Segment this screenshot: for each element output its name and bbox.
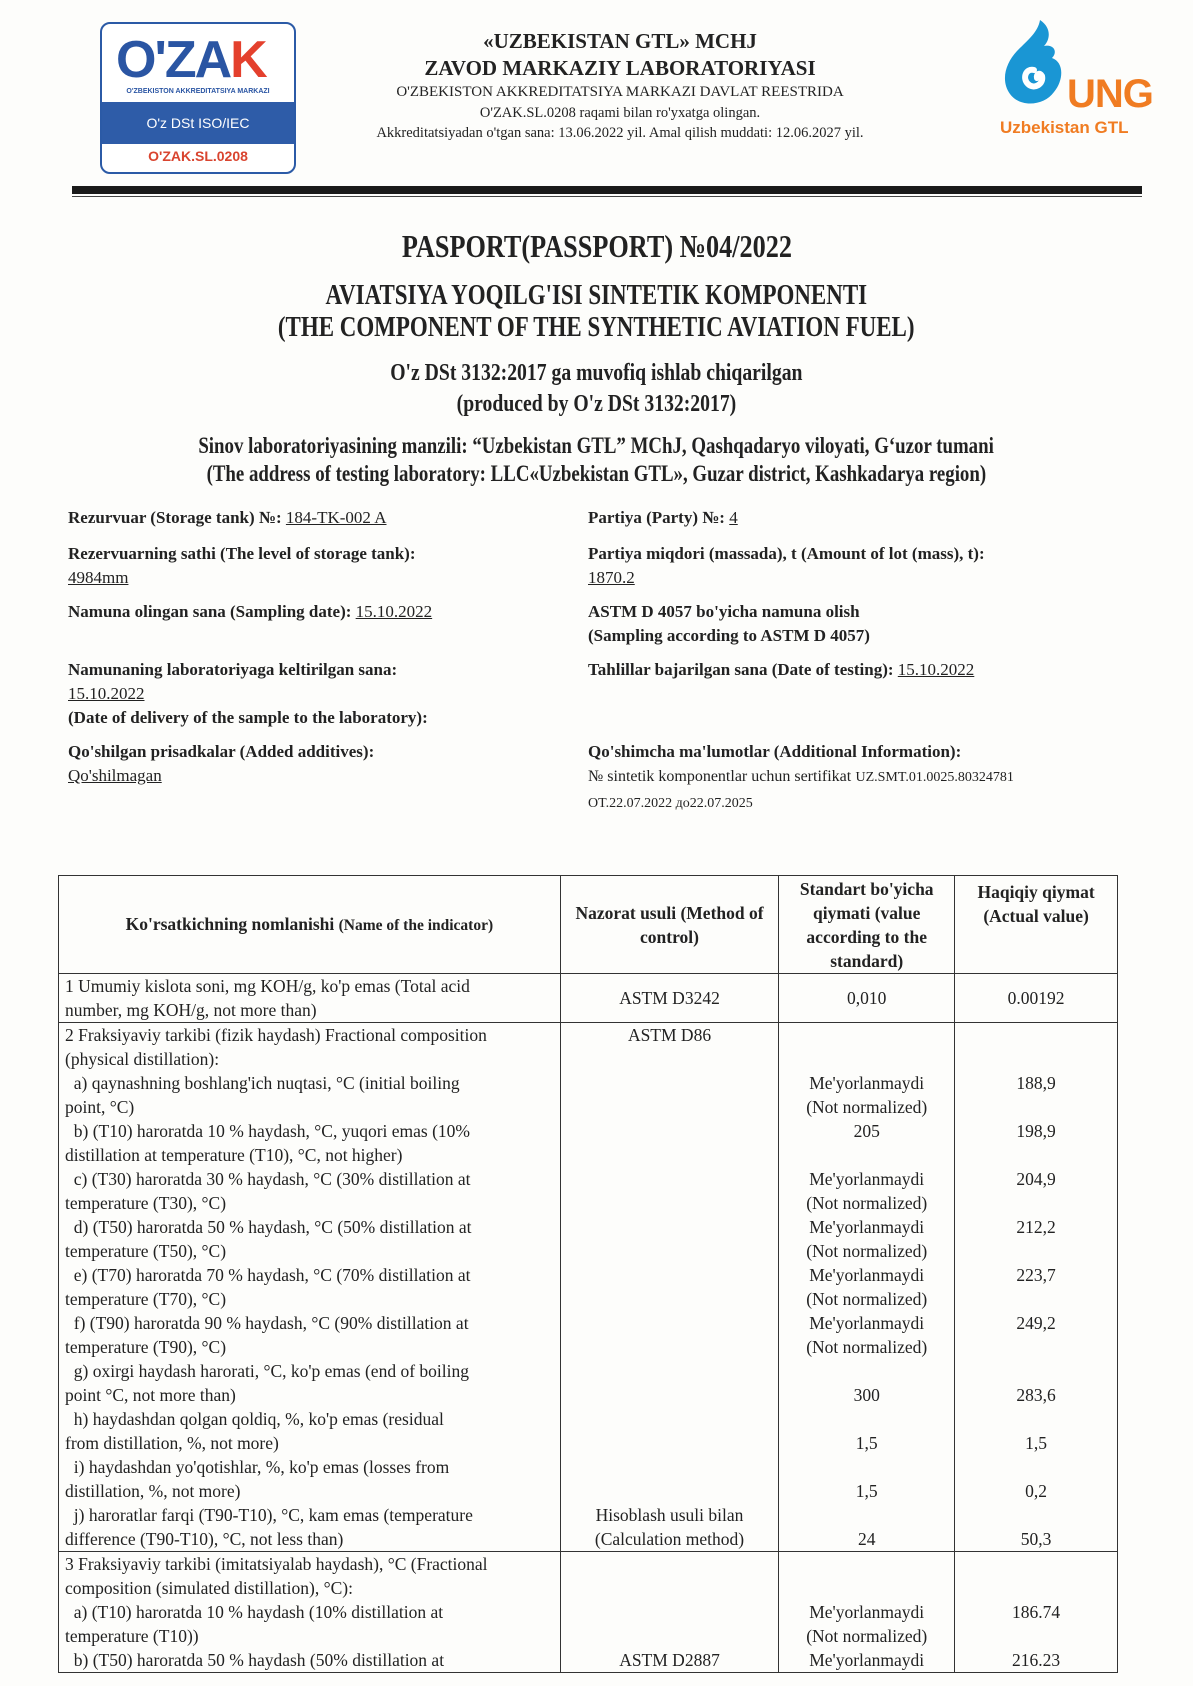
method-line (567, 1287, 772, 1311)
indicator-line: temperature (T10)) (65, 1624, 554, 1648)
actual-value-line: 204,9 (961, 1167, 1111, 1191)
header-standard-value: Standart bo'yicha qiymati (value accordi… (779, 876, 955, 974)
method-line (567, 1263, 772, 1287)
indicator-line: distillation, %, not more) (65, 1479, 554, 1503)
lab-address-en: (The address of testing laboratory: LLC«… (0, 461, 1193, 487)
indicator-line: temperature (T90), °C) (65, 1335, 554, 1359)
method-line (567, 1143, 772, 1167)
test-results-table: Ko'rsatkichning nomlanishi (Name of the … (58, 875, 1118, 1673)
standard-value-line: 300 (785, 1383, 948, 1407)
header-indicator-name: Ko'rsatkichning nomlanishi (Name of the … (59, 876, 561, 974)
indicator-line: b) (T50) haroratda 50 % haydash (50% dis… (65, 1648, 554, 1672)
method-line (567, 1119, 772, 1143)
ozak-accreditation-logo: O'ZAK O'ZBEKISTON AKKREDITATSIYA MARKAZI… (100, 22, 296, 174)
indicator-line: point, °C) (65, 1095, 554, 1119)
actual-value-cell: 188,9 198,9 204,9 212,2 223,7 249,2 283,… (955, 1023, 1118, 1552)
table-row: 3 Fraksiyaviy tarkibi (imitatsiyalab hay… (59, 1552, 1118, 1673)
indicator-line: distillation at temperature (T10), °C, n… (65, 1143, 554, 1167)
standard-value-line: Me'yorlanmaydi (785, 1263, 948, 1287)
standard-value-line (785, 1576, 948, 1600)
method-line (567, 1359, 772, 1383)
indicator-line: temperature (T70), °C) (65, 1287, 554, 1311)
indicator-line: from distillation, %, not more) (65, 1431, 554, 1455)
indicator-line: 2 Fraksiyaviy tarkibi (fizik haydash) Fr… (65, 1023, 554, 1047)
table-row: 1 Umumiy kislota soni, mg KOH/g, ko'p em… (59, 974, 1118, 1023)
method-line (567, 1479, 772, 1503)
ung-gtl-logo: UNG Uzbekistan GTL (1000, 18, 1160, 148)
indicator-cell: 1 Umumiy kislota soni, mg KOH/g, ko'p em… (59, 974, 561, 1023)
registry-line: O'ZBEKISTON AKKREDITATSIYA MARKAZI DAVLA… (330, 81, 910, 103)
party-value: 4 (729, 508, 738, 527)
standard-value-line: (Not normalized) (785, 1239, 948, 1263)
indicator-line: temperature (T30), °C) (65, 1191, 554, 1215)
standard-value-cell: Me'yorlanmaydi(Not normalized)Me'yorlanm… (779, 1552, 955, 1673)
additives-field: Qo'shilgan prisadkalar (Added additives)… (68, 740, 374, 788)
method-line (567, 1047, 772, 1071)
standard-value-line: Me'yorlanmaydi (785, 1311, 948, 1335)
actual-value-line (961, 1335, 1111, 1359)
indicator-line: c) (T30) haroratda 30 % haydash, °C (30%… (65, 1167, 554, 1191)
indicator-line: difference (T90-T10), °C, not less than) (65, 1527, 554, 1551)
standard-value-line: (Not normalized) (785, 1191, 948, 1215)
indicator-cell: 3 Fraksiyaviy tarkibi (imitatsiyalab hay… (59, 1552, 561, 1673)
standard-value-line: Me'yorlanmaydi (785, 1215, 948, 1239)
actual-value-line: 249,2 (961, 1311, 1111, 1335)
actual-value-line (961, 1455, 1111, 1479)
lot-amount-value: 1870.2 (588, 568, 635, 587)
actual-value-line (961, 1023, 1111, 1047)
actual-value-line: 50,3 (961, 1527, 1111, 1551)
method-line (567, 1167, 772, 1191)
standard-value-line: (Not normalized) (785, 1095, 948, 1119)
method-line (567, 1624, 772, 1648)
standard-value-line (785, 1455, 948, 1479)
method-line: (Calculation method) (567, 1527, 772, 1551)
method-line (567, 1335, 772, 1359)
org-name: «UZBEKISTAN GTL» MCHJ (330, 28, 910, 55)
indicator-line: point °C, not more than) (65, 1383, 554, 1407)
standard-value-line (785, 1143, 948, 1167)
method-line (567, 1600, 772, 1624)
ung-logo-tagline: Uzbekistan GTL (1000, 118, 1128, 138)
standard-value-line (785, 1047, 948, 1071)
method-line (567, 1407, 772, 1431)
method-line (567, 1552, 772, 1576)
indicator-line: 3 Fraksiyaviy tarkibi (imitatsiyalab hay… (65, 1552, 554, 1576)
standard-value-cell: 0,010 (779, 974, 955, 1023)
lab-address-uz: Sinov laboratoriyasining manzili: “Uzbek… (0, 433, 1193, 459)
storage-tank-value: 184-TK-002 A (286, 508, 387, 527)
indicator-line: i) haydashdan yo'qotishlar, %, ko'p emas… (65, 1455, 554, 1479)
actual-value-line (961, 1287, 1111, 1311)
standard-value-line: 1,5 (785, 1431, 948, 1455)
method-line (567, 1431, 772, 1455)
header-divider-thin (72, 196, 1142, 197)
actual-value-cell: 186.74 216.23 (955, 1552, 1118, 1673)
method-line (567, 1071, 772, 1095)
laboratory-header: «UZBEKISTAN GTL» MCHJ ZAVOD MARKAZIY LAB… (330, 28, 910, 143)
indicator-line: composition (simulated distillation), °C… (65, 1576, 554, 1600)
actual-value-line: 0,2 (961, 1479, 1111, 1503)
ozak-logo-code: O'ZAK.SL.0208 (102, 148, 294, 164)
actual-value-line (961, 1143, 1111, 1167)
method-cell: ASTM D3242 (560, 974, 778, 1023)
actual-value-line (961, 1624, 1111, 1648)
method-line (567, 1191, 772, 1215)
standard-value-line: Me'yorlanmaydi (785, 1648, 948, 1672)
actual-value-line: 188,9 (961, 1071, 1111, 1095)
standard-value-line: (Not normalized) (785, 1624, 948, 1648)
certificate-validity: OT.22.07.2022 до22.07.2025 (588, 796, 753, 812)
tank-level-field: Rezervuarning sathi (The level of storag… (68, 542, 416, 590)
sampling-date-field: Namuna olingan sana (Sampling date): 15.… (68, 600, 432, 624)
method-line: Hisoblash usuli bilan (567, 1503, 772, 1527)
flame-drop-icon (1000, 18, 1070, 113)
standard-en: (produced by O'z DSt 3132:2017) (0, 391, 1193, 418)
actual-value-line (961, 1095, 1111, 1119)
delivery-date-field: Namunaning laboratoriyaga keltirilgan sa… (68, 658, 428, 730)
lot-amount-field: Partiya miqdori (massada), t (Amount of … (588, 542, 985, 590)
indicator-line: g) oxirgi haydash harorati, °C, ko'p ema… (65, 1359, 554, 1383)
actual-value-line (961, 1407, 1111, 1431)
method-line (567, 1215, 772, 1239)
certificate-number: UZ.SMT.01.0025.80324781 (855, 770, 1013, 785)
table-header-row: Ko'rsatkichning nomlanishi (Name of the … (59, 876, 1118, 974)
indicator-line: e) (T70) haroratda 70 % haydash, °C (70%… (65, 1263, 554, 1287)
actual-value-line: 186.74 (961, 1600, 1111, 1624)
standard-value-line (785, 1503, 948, 1527)
actual-value-line: 283,6 (961, 1383, 1111, 1407)
lab-name: ZAVOD MARKAZIY LABORATORIYASI (330, 55, 910, 81)
standard-value-line: 1,5 (785, 1479, 948, 1503)
method-line (567, 1576, 772, 1600)
standard-value-line: (Not normalized) (785, 1335, 948, 1359)
method-cell: ASTM D2887 (560, 1552, 778, 1673)
accreditation-dates-line: Akkreditatsiyadan o'tgan sana: 13.06.202… (330, 123, 910, 143)
tank-level-value: 4984mm (68, 568, 128, 587)
standard-uz: O'z DSt 3132:2017 ga muvofiq ishlab chiq… (0, 360, 1193, 387)
standard-value-line: (Not normalized) (785, 1287, 948, 1311)
standard-value-cell: Me'yorlanmaydi(Not normalized)205 Me'yor… (779, 1023, 955, 1552)
indicator-line: (physical distillation): (65, 1047, 554, 1071)
additives-value: Qo'shilmagan (68, 766, 162, 785)
actual-value-line: 198,9 (961, 1119, 1111, 1143)
method-cell: ASTM D86 Hisoblash usuli bilan(Calculati… (560, 1023, 778, 1552)
actual-value-line (961, 1552, 1111, 1576)
standard-value-line: 24 (785, 1527, 948, 1551)
storage-tank-field: Rezurvuar (Storage tank) №: 184-TK-002 A (68, 506, 386, 530)
header-divider (72, 186, 1142, 194)
passport-title: PASPORT(PASSPORT) №04/2022 (0, 228, 1193, 265)
indicator-cell: 2 Fraksiyaviy tarkibi (fizik haydash) Fr… (59, 1023, 561, 1552)
method-line (567, 1311, 772, 1335)
method-line: ASTM D2887 (567, 1648, 772, 1672)
standard-value-line (785, 1023, 948, 1047)
party-field: Partiya (Party) №: 4 (588, 506, 738, 530)
sampling-date-value: 15.10.2022 (356, 602, 433, 621)
indicator-line: d) (T50) haroratda 50 % haydash, °C (50%… (65, 1215, 554, 1239)
sampling-method-field: ASTM D 4057 bo'yicha namuna olish(Sampli… (588, 600, 870, 648)
actual-value-cell: 0.00192 (955, 974, 1118, 1023)
standard-value-line (785, 1552, 948, 1576)
actual-value-line (961, 1047, 1111, 1071)
ung-logo-name: UNG (1067, 72, 1153, 117)
indicator-line: a) (T10) haroratda 10 % haydash (10% dis… (65, 1600, 554, 1624)
indicator-line: b) (T10) haroratda 10 % haydash, °C, yuq… (65, 1119, 554, 1143)
actual-value-line (961, 1359, 1111, 1383)
ozak-logo-band: O'z DSt ISO/IEC (102, 102, 294, 144)
method-line (567, 1095, 772, 1119)
actual-value-line (961, 1239, 1111, 1263)
header-method: Nazorat usuli (Method of control) (560, 876, 778, 974)
method-line (567, 1455, 772, 1479)
indicator-line: f) (T90) haroratda 90 % haydash, °C (90%… (65, 1311, 554, 1335)
testing-date-value: 15.10.2022 (898, 660, 975, 679)
actual-value-line (961, 1191, 1111, 1215)
method-line (567, 1383, 772, 1407)
standard-value-line: Me'yorlanmaydi (785, 1600, 948, 1624)
ozak-logo-subtitle: O'ZBEKISTON AKKREDITATSIYA MARKAZI (110, 88, 286, 95)
delivery-date-value: 15.10.2022 (68, 684, 145, 703)
indicator-line: a) qaynashning boshlang'ich nuqtasi, °C … (65, 1071, 554, 1095)
actual-value-line (961, 1576, 1111, 1600)
actual-value-line (961, 1503, 1111, 1527)
standard-value-line (785, 1359, 948, 1383)
standard-value-line: Me'yorlanmaydi (785, 1071, 948, 1095)
table-row: 2 Fraksiyaviy tarkibi (fizik haydash) Fr… (59, 1023, 1118, 1552)
actual-value-line: 216.23 (961, 1648, 1111, 1672)
product-name-en: (THE COMPONENT OF THE SYNTHETIC AVIATION… (0, 312, 1193, 344)
testing-date-field: Tahlillar bajarilgan sana (Date of testi… (588, 658, 974, 682)
indicator-line: j) haroratlar farqi (T90-T10), °C, kam e… (65, 1503, 554, 1527)
standard-value-line: Me'yorlanmaydi (785, 1167, 948, 1191)
product-name-uz: AVIATSIYA YOQILG'ISI SINTETIK KOMPONENTI (0, 280, 1193, 312)
header-actual-value: Haqiqiy qiymat (Actual value) (955, 876, 1118, 974)
actual-value-line: 212,2 (961, 1215, 1111, 1239)
indicator-line: h) haydashdan qolgan qoldiq, %, ko'p ema… (65, 1407, 554, 1431)
actual-value-line: 1,5 (961, 1431, 1111, 1455)
standard-value-line: 205 (785, 1119, 948, 1143)
standard-value-line (785, 1407, 948, 1431)
actual-value-line: 223,7 (961, 1263, 1111, 1287)
registry-number-line: O'ZAK.SL.0208 raqami bilan ro'yxatga oli… (330, 103, 910, 123)
method-line: ASTM D86 (567, 1023, 772, 1047)
additional-info-field: Qo'shimcha ma'lumotlar (Additional Infor… (588, 740, 1014, 814)
ozak-logo-wordmark: O'ZAK (116, 30, 266, 90)
method-line (567, 1239, 772, 1263)
indicator-line: temperature (T50), °C) (65, 1239, 554, 1263)
